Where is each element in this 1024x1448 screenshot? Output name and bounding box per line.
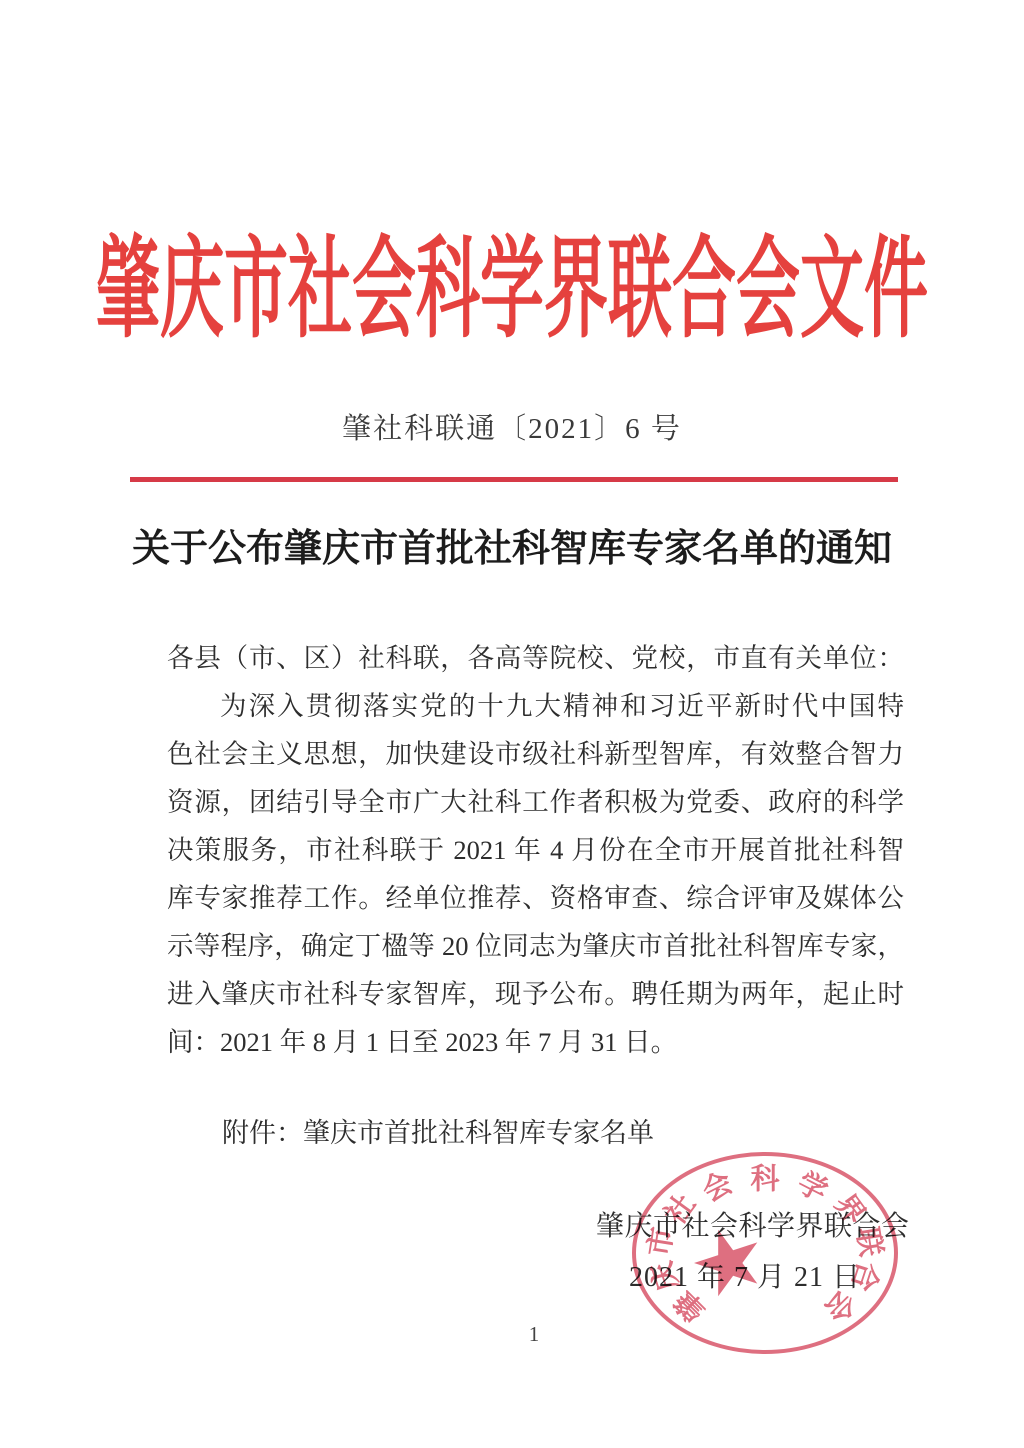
document-header-title: 肇庆市社会科学界联合会文件 <box>0 236 1024 346</box>
body-line: 资源，团结引导全市广大社科工作者积极为党委、政府的科学 <box>167 778 904 826</box>
issuer-name: 肇庆市社会科学界联合会 <box>596 1211 910 1242</box>
notice-title: 关于公布肇庆市首批社科智库专家名单的通知 <box>0 527 1024 571</box>
header-divider-rule <box>130 477 898 482</box>
document-page: 肇庆市社会科学界联合会文件 肇社科联通〔2021〕6 号 关于公布肇庆市首批社科… <box>0 0 1024 1448</box>
seal-arc-char: 会 <box>698 1168 737 1207</box>
body-line: 进入肇庆市社科专家智库，现予公布。聘任期为两年，起止时 <box>167 970 904 1018</box>
notice-body: 各县（市、区）社科联，各高等院校、党校，市直有关单位：为深入贯彻落实党的十九大精… <box>167 634 904 1066</box>
issue-date: 2021 年 7 月 21 日 <box>629 1262 861 1293</box>
body-line: 库专家推荐工作。经单位推荐、资格审查、综合评审及媒体公 <box>167 874 904 922</box>
body-line: 各县（市、区）社科联，各高等院校、党校，市直有关单位： <box>167 634 904 682</box>
body-line: 示等程序，确定丁楹等 20 位同志为肇庆市首批社科智库专家， <box>167 922 904 970</box>
body-line: 为深入贯彻落实党的十九大精神和习近平新时代中国特 <box>167 682 904 730</box>
body-line: 间：2021 年 8 月 1 日至 2023 年 7 月 31 日。 <box>167 1018 904 1066</box>
attachment-line: 附件：肇庆市首批社科智库专家名单 <box>167 1109 904 1157</box>
official-seal: 肇庆市社会科学界联合会 <box>632 1152 898 1354</box>
body-line: 决策服务，市社科联于 2021 年 4 月份在全市开展首批社科智 <box>167 826 904 874</box>
seal-arc-char: 科 <box>750 1166 779 1195</box>
seal-arc-char: 学 <box>793 1168 832 1207</box>
page-number: 1 <box>504 1322 564 1346</box>
body-line: 色社会主义思想，加快建设市级社科新型智库，有效整合智力 <box>167 730 904 778</box>
seal-ring <box>632 1152 898 1354</box>
document-number: 肇社科联通〔2021〕6 号 <box>0 412 1024 446</box>
